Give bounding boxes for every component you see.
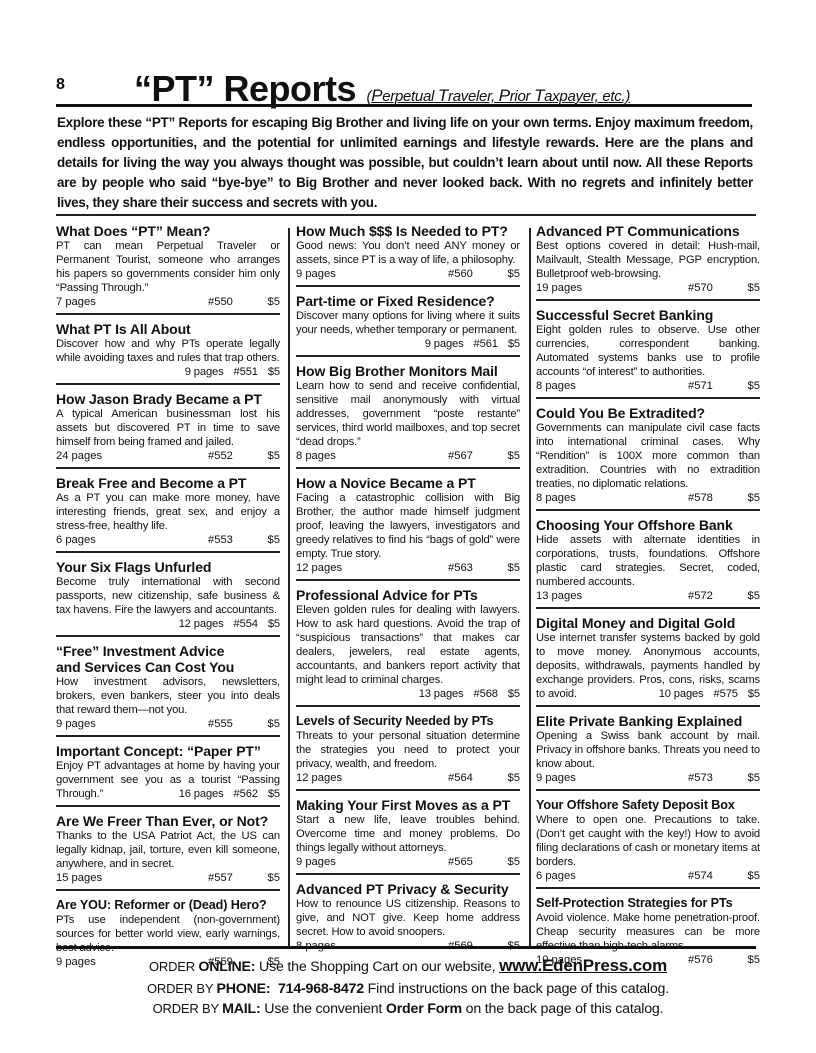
report-number: #570 [688,281,740,295]
report-price: $5 [740,379,760,393]
report-price: $5 [268,366,280,378]
report-item: Break Free and Become a PTAs a PT you ca… [56,472,280,553]
report-pages: 12 pages [296,561,448,575]
report-description: Eleven golden rules for dealing with law… [296,603,520,687]
report-price: $5 [740,869,760,883]
report-price: $5 [500,771,520,785]
report-pages: 9 pages [185,366,224,378]
order-form-ref: Order Form [386,1001,462,1017]
report-number: #575 [714,688,738,700]
report-number: #573 [688,771,740,785]
report-pages: 16 pages [179,788,224,800]
column-divider [288,228,290,948]
report-item: How Big Brother Monitors MailLearn how t… [296,360,520,469]
report-description: Opening a Swiss bank account by mail. Pr… [536,729,760,771]
report-title: Break Free and Become a PT [56,475,280,491]
report-pages: 9 pages [56,717,208,731]
report-item: Part-time or Fixed Residence?Discover ma… [296,290,520,357]
title-divider [56,104,752,107]
page-number: 8 [56,76,65,94]
report-item: Successful Secret BankingEight golden ru… [536,304,760,399]
report-pages: 9 pages [425,338,464,350]
report-title: How Big Brother Monitors Mail [296,363,520,379]
report-meta: 12 pages#564$5 [296,771,520,785]
report-price: $5 [500,267,520,281]
report-description: Discover many options for living where i… [296,309,520,337]
report-description: How investment advisors, newsletters, br… [56,675,280,717]
report-title: How a Novice Became a PT [296,475,520,491]
report-pages: 13 pages [536,589,688,603]
report-price: $5 [500,449,520,463]
column-2: How Much $$$ Is Needed to PT?Good news: … [296,220,520,960]
report-title: Self-Protection Strategies for PTs [536,895,760,911]
report-number: #572 [688,589,740,603]
report-title: Digital Money and Digital Gold [536,615,760,631]
report-title: Advanced PT Communications [536,223,760,239]
report-item: Your Offshore Safety Deposit BoxWhere to… [536,794,760,889]
report-number: #555 [208,717,260,731]
report-meta: 12 pages#563$5 [296,561,520,575]
report-number: #568 [474,688,498,700]
report-pages: 10 pages [659,688,704,700]
report-meta: 6 pages#553$5 [56,533,280,547]
report-number: #562 [234,788,258,800]
report-description: Learn how to send and receive confidenti… [296,379,520,449]
report-item: Digital Money and Digital GoldUse intern… [536,612,760,707]
report-title: Your Offshore Safety Deposit Box [536,797,760,813]
report-description: Discover how and why PTs operate legally… [56,337,280,365]
report-title: Levels of Security Needed by PTs [296,713,520,729]
report-description: Best options covered in detail: Hush-mai… [536,239,760,281]
report-number: #554 [234,618,258,630]
report-meta: 8 pages#578$5 [536,491,760,505]
report-item: Your Six Flags UnfurledBecome truly inte… [56,556,280,637]
report-price: $5 [260,295,280,309]
report-description: Become truly international with second p… [56,575,280,617]
report-meta: 8 pages#571$5 [536,379,760,393]
report-price: $5 [268,618,280,630]
report-price: $5 [268,788,280,800]
report-title: Could You Be Extradited? [536,405,760,421]
report-number: #565 [448,855,500,869]
report-title: Advanced PT Privacy & Security [296,881,520,897]
report-number: #567 [448,449,500,463]
report-pages: 8 pages [536,491,688,505]
report-meta: 9 pages#565$5 [296,855,520,869]
report-columns: What Does “PT” Mean?PT can mean Perpetua… [56,220,756,945]
report-price: $5 [508,688,520,700]
report-description: PT can mean Perpetual Traveler or Perman… [56,239,280,295]
report-meta: 9 pages#573$5 [536,771,760,785]
report-item: What PT Is All AboutDiscover how and why… [56,318,280,385]
report-meta: 24 pages#552$5 [56,449,280,463]
report-pages: 12 pages [296,771,448,785]
report-pages: 6 pages [56,533,208,547]
order-online: ORDER ONLINE: Use the Shopping Cart on o… [0,956,816,977]
report-number: #550 [208,295,260,309]
report-pages: 8 pages [296,449,448,463]
report-pages: 9 pages [296,267,448,281]
report-title: Your Six Flags Unfurled [56,559,280,575]
phone-number: 714-968-8472 [278,981,364,997]
report-description: Threats to your personal situation deter… [296,729,520,771]
report-pages: 8 pages [536,379,688,393]
report-item: Making Your First Moves as a PTStart a n… [296,794,520,875]
report-price: $5 [740,771,760,785]
report-description: Use internet transfer systems backed by … [536,631,760,701]
report-number: #553 [208,533,260,547]
report-number: #557 [208,871,260,885]
report-price: $5 [500,855,520,869]
intro-divider [56,214,756,216]
report-title: Professional Advice for PTs [296,587,520,603]
report-title: Successful Secret Banking [536,307,760,323]
report-description: Where to open one. Precautions to take. … [536,813,760,869]
report-number: #560 [448,267,500,281]
report-description: How to renounce US citizenship. Reasons … [296,897,520,939]
report-pages: 7 pages [56,295,208,309]
report-meta: 7 pages#550$5 [56,295,280,309]
report-item: Could You Be Extradited?Governments can … [536,402,760,511]
report-number: #564 [448,771,500,785]
report-description: Thanks to the USA Patriot Act, the US ca… [56,829,280,871]
report-item: What Does “PT” Mean?PT can mean Perpetua… [56,220,280,315]
report-title: Elite Private Banking Explained [536,713,760,729]
report-description: Good news: You don’t need ANY money or a… [296,239,520,267]
report-meta: 9 pages#560$5 [296,267,520,281]
report-number: #563 [448,561,500,575]
report-meta: 13 pages#572$5 [536,589,760,603]
report-description: As a PT you can make more money, have in… [56,491,280,533]
report-pages: 24 pages [56,449,208,463]
report-title: Important Concept: “Paper PT” [56,743,280,759]
report-title: What PT Is All About [56,321,280,337]
title-subtitle: (Perpetual Traveler, Prior Taxpayer, etc… [366,88,630,105]
report-title: and Services Can Cost You [56,659,280,675]
report-pages: 19 pages [536,281,688,295]
report-description: A typical American businessman lost his … [56,407,280,449]
report-item: Elite Private Banking ExplainedOpening a… [536,710,760,791]
report-item: Advanced PT CommunicationsBest options c… [536,220,760,301]
report-title: Are We Freer Than Ever, or Not? [56,813,280,829]
report-title: “Free” Investment Advice [56,643,280,659]
report-price: $5 [740,589,760,603]
report-item: Levels of Security Needed by PTsThreats … [296,710,520,791]
column-3: Advanced PT CommunicationsBest options c… [536,220,760,974]
column-divider [529,228,531,948]
report-title: Part-time or Fixed Residence? [296,293,520,309]
report-description: Eight golden rules to observe. Use other… [536,323,760,379]
report-item: How a Novice Became a PTFacing a catastr… [296,472,520,581]
report-price: $5 [260,533,280,547]
report-pages: 12 pages [179,618,224,630]
report-item: Choosing Your Offshore BankHide assets w… [536,514,760,609]
report-item: “Free” Investment Adviceand Services Can… [56,640,280,737]
report-item: How Jason Brady Became a PTA typical Ame… [56,388,280,469]
report-description: Start a new life, leave troubles behind.… [296,813,520,855]
report-meta: 8 pages#567$5 [296,449,520,463]
report-pages: 9 pages [536,771,688,785]
report-price: $5 [260,449,280,463]
report-number: #561 [474,338,498,350]
order-phone: ORDER BY PHONE: 714-968-8472 Find instru… [0,979,816,999]
report-number: #552 [208,449,260,463]
report-pages: 6 pages [536,869,688,883]
report-number: #571 [688,379,740,393]
report-price: $5 [500,561,520,575]
report-title: Making Your First Moves as a PT [296,797,520,813]
report-price: $5 [260,717,280,731]
report-title: Choosing Your Offshore Bank [536,517,760,533]
report-description: Facing a catastrophic collision with Big… [296,491,520,561]
column-1: What Does “PT” Mean?PT can mean Perpetua… [56,220,280,976]
report-price: $5 [748,688,760,700]
report-description: Hide assets with alternate identities in… [536,533,760,589]
report-title: Are YOU: Reformer or (Dead) Hero? [56,897,280,913]
order-mail: ORDER BY MAIL: Use the convenient Order … [0,999,816,1019]
report-description: Governments can manipulate civil case fa… [536,421,760,491]
report-number: #551 [234,366,258,378]
report-item: Are We Freer Than Ever, or Not?Thanks to… [56,810,280,891]
report-pages: 15 pages [56,871,208,885]
report-title: How Much $$$ Is Needed to PT? [296,223,520,239]
website-link[interactable]: www.EdenPress.com [499,956,667,975]
report-price: $5 [740,281,760,295]
report-price: $5 [508,338,520,350]
report-meta: 19 pages#570$5 [536,281,760,295]
report-title: How Jason Brady Became a PT [56,391,280,407]
report-item: Important Concept: “Paper PT”Enjoy PT ad… [56,740,280,807]
report-description: Enjoy PT advantages at home by having yo… [56,759,280,801]
bottom-divider [56,946,756,949]
report-title: What Does “PT” Mean? [56,223,280,239]
report-number: #574 [688,869,740,883]
report-pages: 13 pages [419,688,464,700]
report-pages: 9 pages [296,855,448,869]
report-price: $5 [260,871,280,885]
report-meta: 9 pages#555$5 [56,717,280,731]
report-item: Professional Advice for PTsEleven golden… [296,584,520,707]
report-meta: 15 pages#557$5 [56,871,280,885]
report-meta: 6 pages#574$5 [536,869,760,883]
report-price: $5 [740,491,760,505]
report-number: #578 [688,491,740,505]
title-main: “PT” Reports [134,68,356,109]
intro-paragraph: Explore these “PT” Reports for escaping … [57,113,753,213]
report-item: How Much $$$ Is Needed to PT?Good news: … [296,220,520,287]
